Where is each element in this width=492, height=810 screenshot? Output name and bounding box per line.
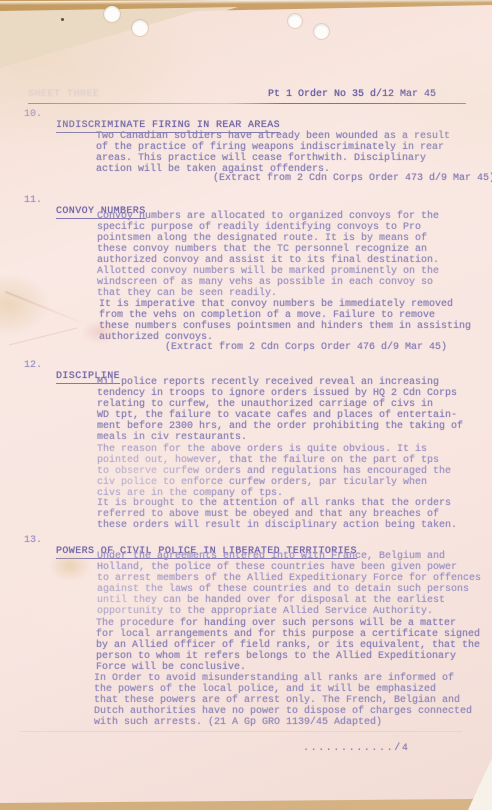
section-10-extract: (Extract from 2 Cdn Corps Order 473 d/9 … (213, 174, 492, 185)
section-12-paragraph-3: It is brought to the attention of all ra… (97, 499, 492, 532)
section-10-paragraph: Two Canadian soldiers have already been … (96, 132, 492, 176)
punch-hole (288, 14, 302, 28)
section-13-paragraph-3: In Order to avoid misunderstanding all r… (94, 674, 492, 729)
section-11-number: 11. (24, 196, 42, 207)
section-12-number: 12. (24, 361, 42, 372)
section-13-number: 13. (24, 536, 42, 547)
header-underline (28, 103, 466, 104)
section-13-paragraph-1: Under the agreements entered into with F… (97, 552, 492, 617)
paper-crease (5, 291, 91, 327)
page-continuation-marker: ............/4 (303, 744, 409, 755)
section-11-paragraph-2: Allotted convoy numbers will be marked p… (97, 267, 492, 300)
faint-scan-line (20, 731, 462, 732)
section-12-paragraph-2: The reason for the above orders is quite… (97, 445, 492, 500)
header-order-reference: Pt 1 Order No 35 d/12 Mar 45 (268, 90, 436, 101)
scanned-document-canvas: { "document": { "header": { "left_label"… (0, 0, 492, 810)
ink-speck (61, 18, 64, 21)
punch-hole (132, 20, 148, 36)
section-10-number: 10. (24, 110, 42, 121)
punch-hole (104, 6, 120, 22)
section-12-paragraph-1: Mil police reports recently received rev… (97, 378, 492, 443)
punch-hole (314, 24, 329, 39)
section-13-paragraph-2: The procedure for handing over such pers… (96, 619, 492, 674)
paper-crease (9, 328, 77, 346)
section-11-extract: (Extract from 2 Cdn Corps Order 476 d/9 … (165, 343, 485, 354)
section-10-heading: INDISCRIMINATE FIRING IN REAR AREAS (56, 110, 280, 132)
section-11-paragraph-3: It is imperative that convoy numbers be … (99, 300, 492, 344)
document-page: SHEET THREE Pt 1 Order No 35 d/12 Mar 45… (0, 0, 492, 810)
scan-edge-highlight (0, 0, 492, 5)
section-11-paragraph-1: Convoy numbers are allocated to organize… (97, 212, 492, 267)
header-left-label: SHEET THREE (28, 90, 100, 101)
